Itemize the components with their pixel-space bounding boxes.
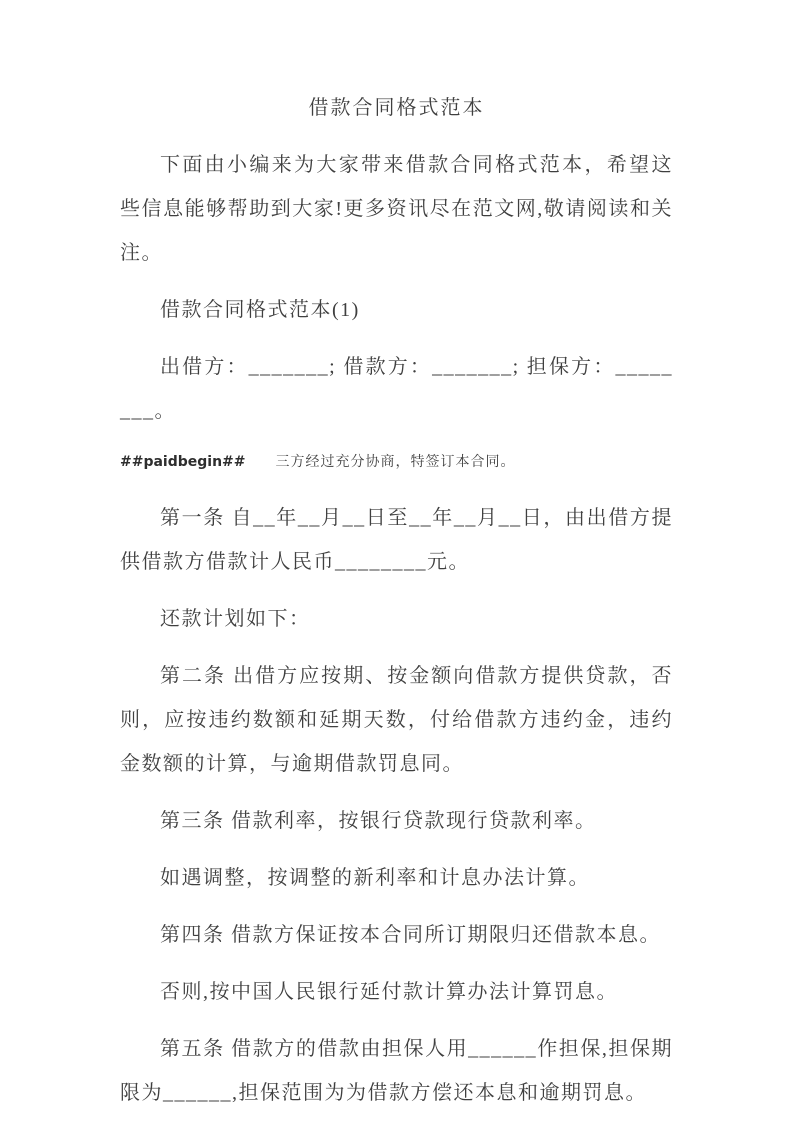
clause-4-penalty-line: 否则,按中国人民银行延付款计算办法计算罚息。 [120,970,673,1014]
parties-blank-line: 出借方：_______; 借款方：_______; 担保方：________。 [120,345,673,433]
paid-marker-line: ##paidbegin## 三方经过充分协商，特签订本合同。 [120,446,673,479]
intro-paragraph: 下面由小编来为大家带来借款合同格式范本，希望这些信息能够帮助到大家!更多资讯尽在… [120,143,673,275]
clause-4-paragraph: 第四条 借款方保证按本合同所订期限归还借款本息。 [120,913,673,957]
clause-1-paragraph: 第一条 自__年__月__日至__年__月__日，由出借方提供借款方借款计人民币… [120,496,673,584]
document-title: 借款合同格式范本 [120,86,673,130]
paid-note-text: 三方经过充分协商，特签订本合同。 [276,447,516,479]
repayment-plan-line: 还款计划如下： [120,597,673,641]
clause-5-paragraph: 第五条 借款方的借款由担保人用______作担保,担保期限为______,担保范… [120,1027,673,1115]
clause-2-paragraph: 第二条 出借方应按期、按金额向借款方提供贷款，否则，应按违约数额和延期天数，付给… [120,654,673,786]
paid-begin-marker: ##paidbegin## [120,446,246,478]
clause-3-paragraph: 第三条 借款利率，按银行贷款现行贷款利率。 [120,799,673,843]
document-page: 借款合同格式范本 下面由小编来为大家带来借款合同格式范本，希望这些信息能够帮助到… [0,0,793,1122]
section-heading: 借款合同格式范本(1) [120,288,673,332]
clause-3-adjust-line: 如遇调整，按调整的新利率和计息办法计算。 [120,856,673,900]
